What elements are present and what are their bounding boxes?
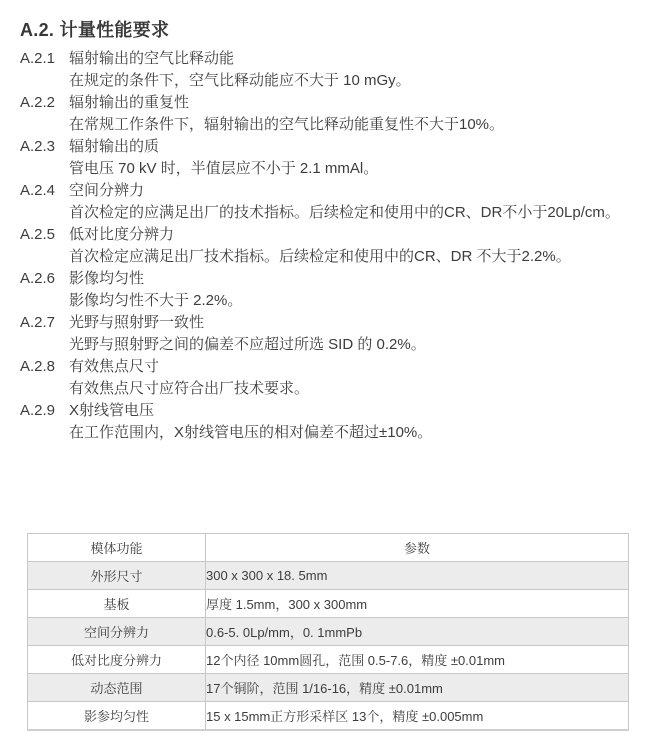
table-row: 影参均匀性 15 x 15mm正方形采样区 13个，精度 ±0.005mm <box>28 702 629 731</box>
item-number: A.2.9 <box>20 400 69 422</box>
item-title: 辐射输出的重复性 <box>69 94 189 111</box>
table-cell-parameter: 15 x 15mm正方形采样区 13个，精度 ±0.005mm <box>206 702 629 731</box>
item-body: 在工作范围内，X射线管电压的相对偏差不超过±10%。 <box>20 422 641 444</box>
table-cell-function: 影参均匀性 <box>28 702 206 731</box>
item-body: 管电压 70 kV 时，半值层应不小于 2.1 mmAl。 <box>20 158 641 180</box>
table-row: 动态范围 17个铜阶，范围 1/16-16，精度 ±0.01mm <box>28 674 629 702</box>
table-row: 外形尺寸 300 x 300 x 18. 5mm <box>28 562 629 590</box>
item-number: A.2.4 <box>20 180 69 202</box>
section-heading: A.2. 计量性能要求 <box>20 18 641 42</box>
requirement-item: A.2.3辐射输出的质 管电压 70 kV 时，半值层应不小于 2.1 mmAl… <box>20 136 641 180</box>
item-number: A.2.8 <box>20 356 69 378</box>
table-header-parameter: 参数 <box>206 534 629 562</box>
table-cell-function: 低对比度分辨力 <box>28 646 206 674</box>
requirement-item: A.2.2辐射输出的重复性 在常规工作条件下，辐射输出的空气比释动能重复性不大于… <box>20 92 641 136</box>
item-number: A.2.1 <box>20 48 69 70</box>
table-row: 空间分辨力 0.6-5. 0Lp/mm，0. 1mmPb <box>28 618 629 646</box>
requirement-item: A.2.7光野与照射野一致性 光野与照射野之间的偏差不应超过所选 SID 的 0… <box>20 312 641 356</box>
item-title: X射线管电压 <box>69 402 154 419</box>
table-header-row: 模体功能 参数 <box>28 534 629 562</box>
item-body: 首次检定应满足出厂技术指标。后续检定和使用中的CR、DR 不大于2.2%。 <box>20 246 641 268</box>
table-cell-parameter: 300 x 300 x 18. 5mm <box>206 562 629 590</box>
table-header-function: 模体功能 <box>28 534 206 562</box>
table-row: 低对比度分辨力 12个内径 10mm圆孔，范围 0.5-7.6，精度 ±0.01… <box>28 646 629 674</box>
table-cell-function: 基板 <box>28 590 206 618</box>
item-body: 首次检定的应满足出厂的技术指标。后续检定和使用中的CR、DR不小于20Lp/cm… <box>20 202 641 224</box>
document-page: A.2. 计量性能要求 A.2.1辐射输出的空气比释动能 在规定的条件下，空气比… <box>0 0 655 731</box>
item-body: 有效焦点尺寸应符合出厂技术要求。 <box>20 378 641 400</box>
item-number: A.2.6 <box>20 268 69 290</box>
item-number: A.2.3 <box>20 136 69 158</box>
item-body: 在常规工作条件下，辐射输出的空气比释动能重复性不大于10%。 <box>20 114 641 136</box>
item-title: 低对比度分辨力 <box>69 226 174 243</box>
requirement-item: A.2.8有效焦点尺寸 有效焦点尺寸应符合出厂技术要求。 <box>20 356 641 400</box>
item-title: 有效焦点尺寸 <box>69 358 159 375</box>
table-cell-parameter: 厚度 1.5mm，300 x 300mm <box>206 590 629 618</box>
item-title: 辐射输出的质 <box>69 138 159 155</box>
item-body: 影像均匀性不大于 2.2%。 <box>20 290 641 312</box>
item-title: 空间分辨力 <box>69 182 144 199</box>
table-cell-function: 空间分辨力 <box>28 618 206 646</box>
table-cell-function: 动态范围 <box>28 674 206 702</box>
table-cell-parameter: 17个铜阶，范围 1/16-16，精度 ±0.01mm <box>206 674 629 702</box>
requirement-item: A.2.9X射线管电压 在工作范围内，X射线管电压的相对偏差不超过±10%。 <box>20 400 641 444</box>
phantom-spec-table: 模体功能 参数 外形尺寸 300 x 300 x 18. 5mm 基板 厚度 1… <box>27 533 629 731</box>
item-title: 光野与照射野一致性 <box>69 314 204 331</box>
item-title: 影像均匀性 <box>69 270 144 287</box>
item-number: A.2.2 <box>20 92 69 114</box>
requirement-item: A.2.6影像均匀性 影像均匀性不大于 2.2%。 <box>20 268 641 312</box>
table-cell-function: 外形尺寸 <box>28 562 206 590</box>
item-number: A.2.7 <box>20 312 69 334</box>
item-number: A.2.5 <box>20 224 69 246</box>
requirement-item: A.2.4空间分辨力 首次检定的应满足出厂的技术指标。后续检定和使用中的CR、D… <box>20 180 641 224</box>
item-body: 光野与照射野之间的偏差不应超过所选 SID 的 0.2%。 <box>20 334 641 356</box>
table-row: 基板 厚度 1.5mm，300 x 300mm <box>28 590 629 618</box>
item-body: 在规定的条件下，空气比释动能应不大于 10 mGy。 <box>20 70 641 92</box>
requirement-item: A.2.1辐射输出的空气比释动能 在规定的条件下，空气比释动能应不大于 10 m… <box>20 48 641 92</box>
table-cell-parameter: 0.6-5. 0Lp/mm，0. 1mmPb <box>206 618 629 646</box>
requirement-item: A.2.5低对比度分辨力 首次检定应满足出厂技术指标。后续检定和使用中的CR、D… <box>20 224 641 268</box>
requirements-list: A.2.1辐射输出的空气比释动能 在规定的条件下，空气比释动能应不大于 10 m… <box>20 48 641 444</box>
table-cell-parameter: 12个内径 10mm圆孔，范围 0.5-7.6，精度 ±0.01mm <box>206 646 629 674</box>
item-title: 辐射输出的空气比释动能 <box>69 50 234 67</box>
